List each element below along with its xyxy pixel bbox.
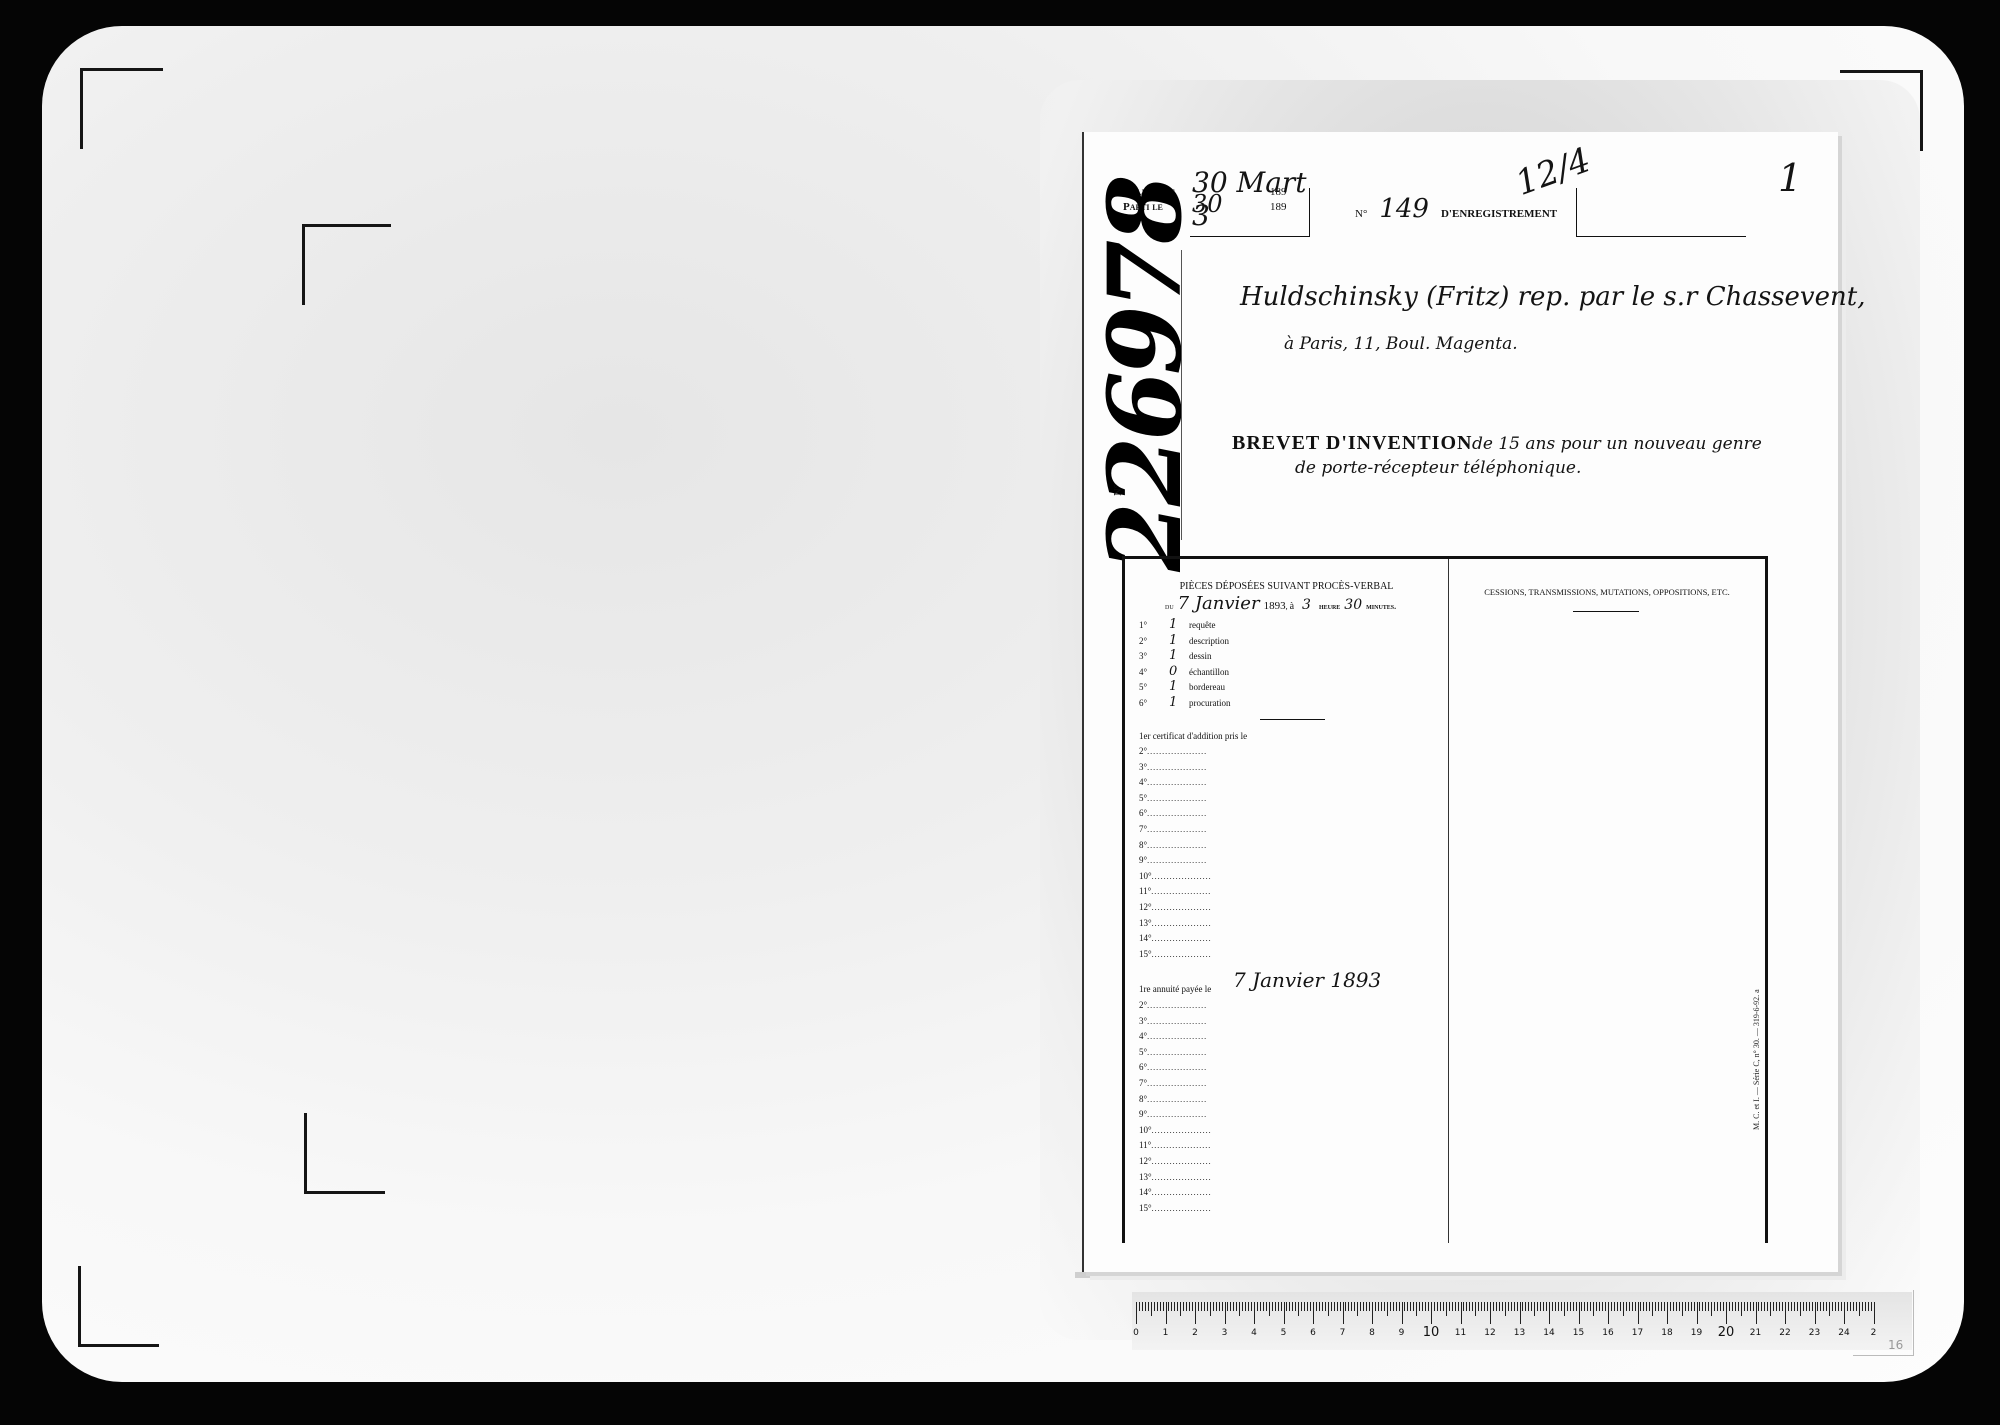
ruler-tick xyxy=(1499,1302,1500,1311)
dotted-leader: .................... xyxy=(1152,919,1212,928)
ruler-tick xyxy=(1434,1302,1435,1311)
dotted-leader: .................... xyxy=(1147,841,1207,850)
ruler-tick xyxy=(1614,1302,1615,1311)
ruler-tick xyxy=(1590,1302,1591,1311)
piece-label: dessin xyxy=(1189,651,1212,661)
certificate-row-number: 14° xyxy=(1139,933,1152,943)
ruler-tick xyxy=(1366,1302,1367,1311)
certificate-row-number: 2° xyxy=(1139,746,1147,756)
ruler-tick xyxy=(1446,1302,1447,1316)
ruler-tick xyxy=(1702,1302,1703,1311)
ruler-tick xyxy=(1788,1302,1789,1311)
dotted-leader: .................... xyxy=(1147,856,1207,865)
ruler-tick xyxy=(1487,1302,1488,1311)
dotted-leader: .................... xyxy=(1147,1063,1207,1072)
ruler-tick xyxy=(1260,1302,1261,1311)
ruler-label: 19 xyxy=(1691,1328,1702,1338)
ruler-tick xyxy=(1552,1302,1553,1311)
ruler-tick xyxy=(1779,1302,1780,1311)
ruler-tick xyxy=(1163,1302,1164,1311)
ruler-tick xyxy=(1847,1302,1848,1311)
ruler-tick xyxy=(1402,1302,1403,1324)
ruler-tick xyxy=(1520,1302,1521,1324)
certificate-row-number: 11° xyxy=(1139,886,1151,896)
ruler-tick xyxy=(1602,1302,1603,1311)
dotted-leader: .................... xyxy=(1152,1188,1212,1197)
ruler-tick xyxy=(1620,1302,1621,1311)
ruler-label: 20 xyxy=(1718,1325,1735,1340)
ruler-tick xyxy=(1278,1302,1279,1311)
annuity-row-number: 7° xyxy=(1139,1078,1147,1088)
ruler-tick xyxy=(1809,1302,1810,1311)
dotted-leader: .................... xyxy=(1147,825,1207,834)
ruler-tick xyxy=(1490,1302,1491,1324)
du-label: du xyxy=(1165,602,1174,611)
ruler-tick xyxy=(1210,1302,1211,1316)
ruler-tick xyxy=(1222,1302,1223,1311)
ruler-tick xyxy=(1599,1302,1600,1311)
ruler-tick xyxy=(1661,1302,1662,1311)
certificate-row-number: 9° xyxy=(1139,855,1147,865)
ruler-label: 13 xyxy=(1514,1328,1525,1338)
ruler-tick xyxy=(1239,1302,1240,1316)
ruler-tick xyxy=(1396,1302,1397,1311)
ruler-tick xyxy=(1587,1302,1588,1311)
ruler-tick xyxy=(1540,1302,1541,1311)
certificate-row: 11°.................... xyxy=(1139,886,1211,896)
ruler-tick xyxy=(1363,1302,1364,1311)
ruler-tick xyxy=(1646,1302,1647,1311)
ruler-tick xyxy=(1160,1302,1161,1311)
ruler-tick xyxy=(1581,1302,1582,1311)
ruler-tick xyxy=(1817,1302,1818,1311)
a-label: à xyxy=(1290,601,1294,612)
column-divider xyxy=(1448,559,1449,1243)
ruler-tick xyxy=(1558,1302,1559,1311)
piece-quantity: 1 xyxy=(1169,648,1189,663)
ruler-tick xyxy=(1756,1302,1757,1324)
ruler-tick xyxy=(1758,1302,1759,1311)
annuity-row-number: 8° xyxy=(1139,1094,1147,1104)
ruler-tick xyxy=(1139,1302,1140,1311)
ruler-tick xyxy=(1794,1302,1795,1311)
dotted-leader: .................... xyxy=(1147,1032,1207,1041)
ruler-tick xyxy=(1576,1302,1577,1311)
ruler-tick xyxy=(1343,1302,1344,1324)
ruler-tick xyxy=(1584,1302,1585,1311)
piece-item: 4°0échantillon xyxy=(1139,664,1229,679)
ruler-tick xyxy=(1310,1302,1311,1311)
dotted-leader: .................... xyxy=(1151,1141,1211,1150)
patent-title-line-1: de 15 ans pour un nouveau genre xyxy=(1472,434,1762,454)
dotted-leader: .................... xyxy=(1147,1017,1207,1026)
ruler-tick xyxy=(1723,1302,1724,1311)
piece-quantity: 1 xyxy=(1169,695,1189,710)
ruler-tick xyxy=(1838,1302,1839,1311)
certificate-row: 8°.................... xyxy=(1139,840,1207,850)
ruler-tick xyxy=(1505,1302,1506,1316)
dotted-leader: .................... xyxy=(1152,903,1212,912)
dotted-leader: .................... xyxy=(1147,763,1207,772)
dotted-leader: .................... xyxy=(1147,809,1207,818)
patent-number-vertical: 226978 xyxy=(1090,200,1200,550)
piece-number: 5° xyxy=(1139,682,1161,692)
ruler-tick xyxy=(1378,1302,1379,1311)
ruler-tick xyxy=(1461,1302,1462,1324)
ruler-tick xyxy=(1767,1302,1768,1311)
applicant-line-1: Huldschinsky (Fritz) rep. par le s.r Cha… xyxy=(1240,282,1865,312)
piece-quantity: 1 xyxy=(1169,679,1189,694)
ruler-label: 12 xyxy=(1484,1328,1495,1338)
ruler-tick xyxy=(1608,1302,1609,1324)
ruler-label: 8 xyxy=(1369,1328,1375,1338)
ruler-tick xyxy=(1219,1302,1220,1311)
annuity-row-number: 15° xyxy=(1139,1203,1152,1213)
pieces-separator xyxy=(1260,719,1325,720)
ruler-tick xyxy=(1773,1302,1774,1311)
annuity-row: 9°.................... xyxy=(1139,1109,1207,1119)
annuity-row-number: 3° xyxy=(1139,1016,1147,1026)
ruler-tick xyxy=(1189,1302,1190,1311)
certificate-first-label: 1er certificat d'addition pris le xyxy=(1139,731,1247,741)
ruler-tick xyxy=(1248,1302,1249,1311)
ruler-tick xyxy=(1747,1302,1748,1311)
ruler-tick xyxy=(1764,1302,1765,1311)
annuity-row: 4°.................... xyxy=(1139,1031,1207,1041)
ruler-tick xyxy=(1254,1302,1255,1324)
certificate-row: 2°.................... xyxy=(1139,746,1207,756)
ruler-tick xyxy=(1440,1302,1441,1311)
ruler-tick xyxy=(1266,1302,1267,1311)
ruler-tick xyxy=(1174,1302,1175,1311)
ruler-tick xyxy=(1711,1302,1712,1316)
ruler-tick xyxy=(1245,1302,1246,1311)
ruler-tick xyxy=(1543,1302,1544,1311)
ruler-tick xyxy=(1643,1302,1644,1311)
ruler-tick xyxy=(1531,1302,1532,1311)
frame-number-box xyxy=(1853,1290,1914,1356)
ruler-tick xyxy=(1183,1302,1184,1311)
ruler-tick xyxy=(1708,1302,1709,1311)
ruler-tick xyxy=(1829,1302,1830,1316)
ruler-tick xyxy=(1629,1302,1630,1311)
annuity-row-number: 13° xyxy=(1139,1172,1152,1182)
ruler-label: 11 xyxy=(1455,1328,1466,1338)
ruler-tick xyxy=(1275,1302,1276,1311)
certificate-row: 12°.................... xyxy=(1139,902,1212,912)
annuity-row: 3°.................... xyxy=(1139,1016,1207,1026)
ruler-tick xyxy=(1180,1302,1181,1316)
proces-verbal-hour: 3 xyxy=(1302,597,1311,613)
annuity-row: 10°.................... xyxy=(1139,1125,1212,1135)
ruler-tick xyxy=(1649,1302,1650,1311)
ruler-tick xyxy=(1463,1302,1464,1311)
ruler-tick xyxy=(1738,1302,1739,1311)
ruler-tick xyxy=(1481,1302,1482,1311)
ruler-tick xyxy=(1753,1302,1754,1311)
ruler-tick xyxy=(1192,1302,1193,1311)
ruler-tick xyxy=(1269,1302,1270,1316)
ruler-tick xyxy=(1714,1302,1715,1311)
ruler-tick xyxy=(1198,1302,1199,1311)
ruler-tick xyxy=(1815,1302,1816,1324)
certificate-row-number: 10° xyxy=(1139,871,1152,881)
dotted-leader: .................... xyxy=(1152,1157,1212,1166)
ruler-tick xyxy=(1475,1302,1476,1316)
ruler-tick xyxy=(1422,1302,1423,1311)
ruler-tick xyxy=(1375,1302,1376,1311)
certificate-row-number: 6° xyxy=(1139,808,1147,818)
ruler-tick xyxy=(1452,1302,1453,1311)
ruler-tick xyxy=(1289,1302,1290,1311)
ruler-tick xyxy=(1263,1302,1264,1311)
ruler-tick xyxy=(1694,1302,1695,1311)
dotted-leader: .................... xyxy=(1147,1095,1207,1104)
ruler-tick xyxy=(1525,1302,1526,1311)
ruler-label: 6 xyxy=(1310,1328,1316,1338)
ruler-tick xyxy=(1301,1302,1302,1311)
ruler-tick xyxy=(1664,1302,1665,1311)
certificate-row-number: 15° xyxy=(1139,949,1152,959)
annuity-row: 8°.................... xyxy=(1139,1094,1207,1104)
ruler-tick xyxy=(1204,1302,1205,1311)
certificate-row-number: 7° xyxy=(1139,824,1147,834)
ruler-tick xyxy=(1316,1302,1317,1311)
certificate-row: 7°.................... xyxy=(1139,824,1207,834)
ruler-tick xyxy=(1617,1302,1618,1311)
ruler-tick xyxy=(1171,1302,1172,1311)
piece-number: 3° xyxy=(1139,651,1161,661)
ruler-tick xyxy=(1257,1302,1258,1311)
heure-label: heure xyxy=(1319,602,1340,611)
proces-verbal-minutes: 30 xyxy=(1344,597,1362,613)
ruler-tick xyxy=(1227,1302,1228,1311)
piece-number: 4° xyxy=(1139,667,1161,677)
corner-mark-bottom-left-inner xyxy=(304,1113,385,1194)
piece-quantity: 1 xyxy=(1169,617,1189,632)
ruler-tick xyxy=(1384,1302,1385,1311)
ruler-tick xyxy=(1325,1302,1326,1311)
ruler-tick xyxy=(1717,1302,1718,1311)
ruler-tick xyxy=(1832,1302,1833,1311)
ruler-tick xyxy=(1145,1302,1146,1311)
ruler-tick xyxy=(1337,1302,1338,1311)
ruler-tick xyxy=(1502,1302,1503,1311)
ruler-tick xyxy=(1655,1302,1656,1311)
measurement-ruler: 0123456789101112131415161718192021222324… xyxy=(1132,1292,1912,1350)
proces-verbal-date: 7 Janvier xyxy=(1178,593,1260,614)
ruler-tick xyxy=(1348,1302,1349,1311)
ruler-tick xyxy=(1705,1302,1706,1311)
annuity-row-number: 10° xyxy=(1139,1125,1152,1135)
ruler-tick xyxy=(1413,1302,1414,1311)
ruler-tick xyxy=(1230,1302,1231,1311)
piece-label: description xyxy=(1189,636,1229,646)
registration-no-label: N° xyxy=(1355,208,1367,220)
parti-year: 189 xyxy=(1270,201,1287,213)
ruler-tick xyxy=(1635,1302,1636,1311)
ruler-tick xyxy=(1685,1302,1686,1311)
annuity-row: 11°.................... xyxy=(1139,1140,1211,1150)
ruler-tick xyxy=(1682,1302,1683,1316)
ruler-tick xyxy=(1272,1302,1273,1311)
corner-mark-top-left-inner xyxy=(302,224,391,305)
cessions-separator xyxy=(1573,611,1639,612)
ruler-label: 10 xyxy=(1423,1325,1440,1340)
ruler-tick xyxy=(1466,1302,1467,1311)
patent-number-prefix: N° xyxy=(1112,484,1124,496)
ruler-label: 5 xyxy=(1281,1328,1287,1338)
ruler-tick xyxy=(1561,1302,1562,1311)
annuity-row: 5°.................... xyxy=(1139,1047,1207,1057)
piece-number: 1° xyxy=(1139,620,1161,630)
ruler-label: 21 xyxy=(1750,1328,1761,1338)
ruler-tick xyxy=(1431,1302,1432,1324)
ruler-tick xyxy=(1640,1302,1641,1311)
ruler-tick xyxy=(1437,1302,1438,1311)
ruler-tick xyxy=(1201,1302,1202,1311)
certificate-row-number: 3° xyxy=(1139,762,1147,772)
ruler-tick xyxy=(1404,1302,1405,1311)
ruler-tick xyxy=(1567,1302,1568,1311)
ruler-tick xyxy=(1658,1302,1659,1311)
ruler-tick xyxy=(1455,1302,1456,1311)
annuity-row-number: 6° xyxy=(1139,1062,1147,1072)
ruler-tick xyxy=(1761,1302,1762,1311)
ruler-tick xyxy=(1207,1302,1208,1311)
certificate-row: 6°.................... xyxy=(1139,808,1207,818)
annuity-row: 2°.................... xyxy=(1139,1000,1207,1010)
ruler-tick xyxy=(1340,1302,1341,1311)
proces-verbal-year: 1893 xyxy=(1264,600,1286,612)
corner-mark-top-left-outer xyxy=(80,68,163,149)
ruler-tick xyxy=(1319,1302,1320,1311)
ruler-tick xyxy=(1579,1302,1580,1324)
ruler-tick xyxy=(1812,1302,1813,1311)
ruler-tick xyxy=(1493,1302,1494,1311)
cessions-heading: CESSIONS, TRANSMISSIONS, MUTATIONS, OPPO… xyxy=(1449,587,1765,597)
ruler-tick xyxy=(1511,1302,1512,1311)
ruler-tick xyxy=(1213,1302,1214,1311)
ruler-tick xyxy=(1469,1302,1470,1311)
annuity-row-number: 2° xyxy=(1139,1000,1147,1010)
registration-box-left-border xyxy=(1576,188,1577,236)
ruler-tick xyxy=(1844,1302,1845,1324)
pieces-form-table: PIÈCES DÉPOSÉES SUIVANT PROCÈS-VERBAL du… xyxy=(1122,556,1768,1243)
ruler-tick xyxy=(1410,1302,1411,1311)
ruler-tick xyxy=(1522,1302,1523,1311)
ruler-tick xyxy=(1425,1302,1426,1311)
dotted-leader: .................... xyxy=(1152,872,1212,881)
annuity-first-value: 7 Janvier 1893 xyxy=(1233,968,1381,992)
ruler-tick xyxy=(1652,1302,1653,1316)
ruler-label: 14 xyxy=(1543,1328,1554,1338)
certificate-row: 15°.................... xyxy=(1139,949,1212,959)
ruler-tick xyxy=(1295,1302,1296,1311)
delivery-box-right-border xyxy=(1309,188,1310,236)
ruler-tick xyxy=(1331,1302,1332,1311)
ruler-tick xyxy=(1393,1302,1394,1311)
certificate-row: 13°.................... xyxy=(1139,918,1212,928)
patent-number: 226978 xyxy=(1086,178,1204,571)
ruler-label: 15 xyxy=(1573,1328,1584,1338)
ruler-tick xyxy=(1741,1302,1742,1316)
piece-item: 5°1bordereau xyxy=(1139,679,1225,694)
ruler-tick xyxy=(1387,1302,1388,1316)
certificate-row: 3°.................... xyxy=(1139,762,1207,772)
ruler-tick xyxy=(1800,1302,1801,1316)
annuity-row: 6°.................... xyxy=(1139,1062,1207,1072)
delivre-year: 189 xyxy=(1270,186,1287,198)
piece-label: échantillon xyxy=(1189,667,1229,677)
ruler-tick xyxy=(1806,1302,1807,1311)
annuity-row: 15°.................... xyxy=(1139,1203,1212,1213)
ruler-tick xyxy=(1195,1302,1196,1324)
ruler-tick xyxy=(1168,1302,1169,1311)
annuity-first-label: 1re annuité payée le xyxy=(1139,984,1211,994)
corner-mark-top-right-outer xyxy=(1840,70,1923,151)
annuity-row: 14°.................... xyxy=(1139,1187,1212,1197)
ruler-tick xyxy=(1770,1302,1771,1316)
registration-number: 149 xyxy=(1379,194,1429,224)
ruler-tick xyxy=(1670,1302,1671,1311)
piece-item: 3°1dessin xyxy=(1139,648,1212,663)
ruler-tick xyxy=(1782,1302,1783,1311)
ruler-tick xyxy=(1154,1302,1155,1311)
piece-quantity: 1 xyxy=(1169,633,1189,648)
ruler-tick xyxy=(1508,1302,1509,1311)
certificate-row-number: 13° xyxy=(1139,918,1152,928)
ruler-tick xyxy=(1472,1302,1473,1311)
dotted-leader: .................... xyxy=(1147,1079,1207,1088)
printer-imprint: M. C. et I. — Série C, n° 30. — 319-6-92… xyxy=(1752,989,1761,1130)
ruler-tick xyxy=(1157,1302,1158,1311)
ruler-tick xyxy=(1626,1302,1627,1311)
delivery-box-bottom-border xyxy=(1190,236,1310,237)
applicant-line-2: à Paris, 11, Boul. Magenta. xyxy=(1284,334,1518,354)
patent-title-line-2: de porte-récepteur téléphonique. xyxy=(1295,458,1581,478)
ruler-tick xyxy=(1166,1302,1167,1324)
dotted-leader: .................... xyxy=(1147,1048,1207,1057)
piece-quantity: 0 xyxy=(1169,664,1189,679)
ruler-tick xyxy=(1233,1302,1234,1311)
ruler-tick xyxy=(1216,1302,1217,1311)
ruler-tick xyxy=(1534,1302,1535,1316)
ruler-tick xyxy=(1611,1302,1612,1311)
ruler-tick xyxy=(1381,1302,1382,1311)
ruler-tick xyxy=(1835,1302,1836,1311)
ruler-tick xyxy=(1242,1302,1243,1311)
ruler-tick xyxy=(1517,1302,1518,1311)
ruler-tick xyxy=(1322,1302,1323,1311)
ruler-tick xyxy=(1416,1302,1417,1316)
annuity-row-number: 5° xyxy=(1139,1047,1147,1057)
ruler-tick xyxy=(1729,1302,1730,1311)
annuity-row: 7°.................... xyxy=(1139,1078,1207,1088)
ruler-label: 1 xyxy=(1163,1328,1169,1338)
ruler-tick xyxy=(1570,1302,1571,1311)
ruler-tick xyxy=(1573,1302,1574,1311)
piece-item: 6°1procuration xyxy=(1139,695,1230,710)
ruler-tick xyxy=(1292,1302,1293,1311)
ruler-tick xyxy=(1623,1302,1624,1316)
ruler-label: 16 xyxy=(1602,1328,1613,1338)
ruler-tick xyxy=(1632,1302,1633,1311)
ruler-tick xyxy=(1236,1302,1237,1311)
piece-number: 6° xyxy=(1139,698,1161,708)
ruler-tick xyxy=(1307,1302,1308,1311)
piece-label: bordereau xyxy=(1189,682,1225,692)
